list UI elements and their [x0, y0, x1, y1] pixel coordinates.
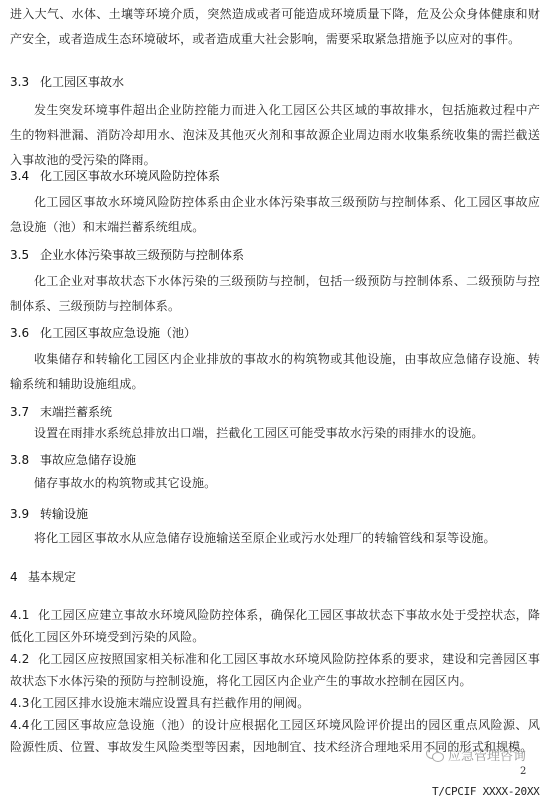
clause-text: 化工园区应建立事故水环境风险防控体系，确保化工园区事故状态下事故水处于受控状态，… [10, 608, 540, 644]
clause-number: 4.4 [10, 714, 30, 736]
watermark: 应急管理咨询 [426, 745, 526, 764]
clause-4-2: 4.2化工园区应按照国家相关标准和化工园区事故水环境风险防控体系的要求，建设和完… [10, 648, 540, 692]
chapter-4-heading: 4基本规定 [10, 567, 76, 587]
section-3-5-body: 化工企业对事故状态下水体污染的三级预防与控制，包括一级预防与控制体系、二级预防与… [10, 269, 540, 319]
section-3-4-body: 化工园区事故水环境风险防控体系由企业水体污染事故三级预防与控制体系、化工园区事故… [10, 190, 540, 240]
clause-number: 4.1 [10, 604, 38, 626]
section-title: 化工园区事故应急设施（池） [40, 326, 196, 340]
watermark-text: 应急管理咨询 [448, 745, 526, 764]
section-number: 3.6 [10, 323, 40, 343]
section-3-4-heading: 3.4化工园区事故水环境风险防控体系 [10, 166, 220, 186]
section-title: 企业水体污染事故三级预防与控制体系 [40, 248, 244, 262]
section-3-8-body: 储存事故水的构筑物或其它设施。 [10, 471, 540, 496]
section-number: 3.4 [10, 166, 40, 186]
section-title: 末端拦蓄系统 [40, 405, 112, 419]
section-3-3-body: 发生突发环境事件超出企业防控能力而进入化工园区公共区域的事故排水，包括施救过程中… [10, 98, 540, 173]
section-number: 3.5 [10, 245, 40, 265]
section-number: 3.9 [10, 504, 40, 524]
page-number: 2 [520, 766, 526, 777]
section-3-3-heading: 3.3化工园区事故水 [10, 72, 124, 92]
section-3-7-heading: 3.7末端拦蓄系统 [10, 402, 112, 422]
section-title: 化工园区事故水环境风险防控体系 [40, 169, 220, 183]
chapter-title: 基本规定 [28, 570, 76, 584]
clause-text: 化工园区排水设施末端应设置具有拦截作用的闸阀。 [30, 696, 309, 710]
chapter-number: 4 [10, 567, 28, 587]
section-title: 化工园区事故水 [40, 75, 124, 89]
document-code: T/CPCIF XXXX-20XX [432, 785, 539, 798]
clause-4-1: 4.1化工园区应建立事故水环境风险防控体系，确保化工园区事故状态下事故水处于受控… [10, 604, 540, 648]
section-3-7-body: 设置在雨排水系统总排放出口端，拦截化工园区可能受事故水污染的雨排水的设施。 [10, 421, 540, 446]
section-number: 3.7 [10, 402, 40, 422]
section-3-9-heading: 3.9转输设施 [10, 504, 88, 524]
wechat-icon [426, 748, 444, 762]
clause-number: 4.2 [10, 648, 38, 670]
section-title: 转输设施 [40, 507, 88, 521]
section-3-6-body: 收集储存和转输化工园区内企业排放的事故水的构筑物或其他设施，由事故应急储存设施、… [10, 347, 540, 397]
section-title: 事故应急储存设施 [40, 453, 136, 467]
intro-paragraph: 进入大气、水体、土壤等环境介质，突然造成或者可能造成环境质量下降，危及公众身体健… [10, 2, 540, 52]
section-3-8-heading: 3.8事故应急储存设施 [10, 450, 136, 470]
section-number: 3.8 [10, 450, 40, 470]
section-number: 3.3 [10, 72, 40, 92]
section-3-6-heading: 3.6化工园区事故应急设施（池） [10, 323, 196, 343]
clause-text: 化工园区应按照国家相关标准和化工园区事故水环境风险防控体系的要求，建设和完善园区… [10, 652, 540, 688]
clause-4-3: 4.3化工园区排水设施末端应设置具有拦截作用的闸阀。 [10, 692, 540, 714]
section-3-9-body: 将化工园区事故水从应急储存设施输送至原企业或污水处理厂的转输管线和泵等设施。 [10, 526, 540, 551]
clause-number: 4.3 [10, 692, 30, 714]
section-3-5-heading: 3.5企业水体污染事故三级预防与控制体系 [10, 245, 244, 265]
